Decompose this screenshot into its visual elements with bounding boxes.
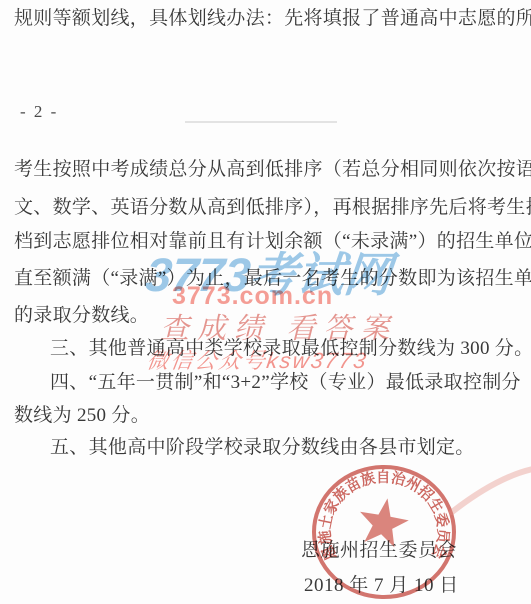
body-line-item-five: 五、其他高中阶段学校录取分数线由各县市划定。 bbox=[50, 437, 475, 459]
body-line: 数线为 250 分。 bbox=[14, 405, 150, 427]
body-line-item-four: 四、“五年一贯制”和“3+2”学校（专业）最低录取控制分 bbox=[50, 372, 521, 394]
body-line: 文、数学、英语分数从高到低排序），再根据排序先后将考生投 bbox=[14, 197, 531, 219]
body-line: 考生按照中考成绩总分从高到低排序（若总分相同则依次按语 bbox=[14, 159, 531, 181]
page-number: - 2 - bbox=[20, 102, 58, 122]
scan-artifact-line bbox=[185, 121, 337, 123]
seal-smudge-arc bbox=[452, 469, 531, 512]
body-line: 档到志愿排位相对靠前且有计划余额（“未录满”）的招生单位， bbox=[14, 231, 531, 253]
body-line-item-three: 三、其他普通高中类学校录取最低控制分数线为 300 分。 bbox=[50, 338, 531, 360]
body-line: 的录取分数线。 bbox=[14, 305, 149, 327]
body-line: 直至额满（“录满”）为止，最后一名考生的分数即为该招生单位 bbox=[14, 268, 531, 290]
body-line: 规则等额划线，具体划线办法：先将填报了普通高中志愿的所有 bbox=[14, 8, 531, 30]
issuer-signature: 恩施州招生委员会 bbox=[301, 535, 457, 562]
document-page: 规则等额划线，具体划线办法：先将填报了普通高中志愿的所有 - 2 - 考生按照中… bbox=[0, 0, 531, 604]
issue-date: 2018 年 7 月 10 日 bbox=[304, 570, 459, 597]
official-seal: 恩施土家族苗族自治州招生委员会 bbox=[0, 0, 531, 604]
